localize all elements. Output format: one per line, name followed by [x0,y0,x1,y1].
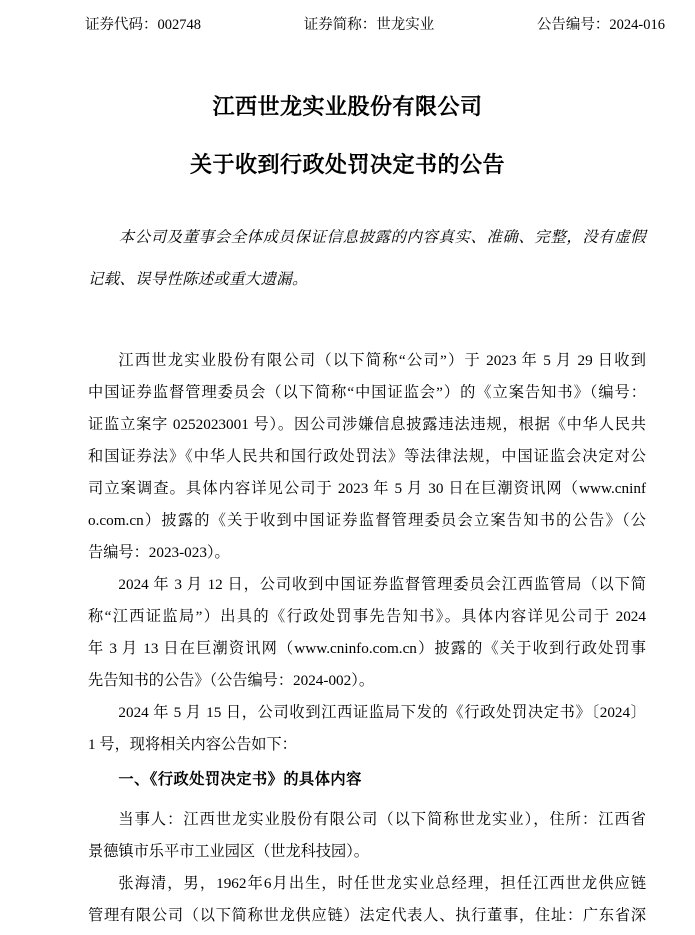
text-line: 称“江西证监局”）出具的《行政处罚事先告知书》。具体内容详见公司于 2024 [88,601,646,633]
text-line: 司立案调查。具体内容详见公司于 2023 年 5 月 30 日在巨潮资讯网（ww… [88,473,646,505]
stock-name: 证券简称：世龙实业 [304,12,435,38]
disclaimer: 本公司及董事会全体成员保证信息披露的内容真实、准确、完整，没有虚假 记载、误导性… [88,217,646,301]
text-line: 年 3 月 13 日在巨潮资讯网（www.cninfo.com.cn）披露的《关… [88,633,646,665]
text-line: 和国证券法》《中华人民共和国行政处罚法》等法律法规，中国证监会决定对公 [88,441,646,473]
document-title: 江西世龙实业股份有限公司 关于收到行政处罚决定书的公告 [0,78,695,194]
text-line: 江西世龙实业股份有限公司（以下简称“公司”）于 2023 年 5 月 29 日收… [88,345,646,377]
text-line: 管理有限公司（以下简称世龙供应链）法定代表人、执行董事，住址：广东省深 [88,900,646,932]
text-line: 当事人：江西世龙实业股份有限公司（以下简称世龙实业），住所：江西省 [88,804,646,836]
text-line: 先告知书的公告》（公告编号：2024-002）。 [88,665,646,697]
text-line: 2024 年 3 月 12 日，公司收到中国证券监督管理委员会江西监管局（以下简 [88,569,646,601]
document-body: 江西世龙实业股份有限公司（以下简称“公司”）于 2023 年 5 月 29 日收… [88,345,646,932]
document-header: 证券代码：002748 证券简称：世龙实业 公告编号：2024-016 [85,12,665,38]
title-announcement-subject: 关于收到行政处罚决定书的公告 [0,136,695,194]
paragraph: 当事人：江西世龙实业股份有限公司（以下简称世龙实业），住所：江西省景德镇市乐平市… [88,804,646,868]
text-line: 张海清，男，1962年6月出生，时任世龙实业总经理，担任江西世龙供应链 [88,868,646,900]
disclaimer-line: 记载、误导性陈述或重大遗漏。 [88,259,646,301]
text-line: 1 号，现将相关内容公告如下： [88,729,646,761]
text-line: 告编号：2023-023）。 [88,537,646,569]
paragraph: 张海清，男，1962年6月出生，时任世龙实业总经理，担任江西世龙供应链管理有限公… [88,868,646,932]
paragraph: 江西世龙实业股份有限公司（以下简称“公司”）于 2023 年 5 月 29 日收… [88,345,646,569]
text-line: 景德镇市乐平市工业园区（世龙科技园）。 [88,836,646,868]
text-line: 证监立案字 0252023001 号）。因公司涉嫌信息披露违法违规，根据《中华人… [88,409,646,441]
text-line: 2024 年 5 月 15 日，公司收到江西证监局下发的《行政处罚决定书》〔20… [88,697,646,729]
announcement-number: 公告编号：2024-016 [537,12,665,38]
title-company-name: 江西世龙实业股份有限公司 [0,78,695,136]
text-line: 一、《行政处罚决定书》的具体内容 [88,764,646,796]
paragraph: 2024 年 5 月 15 日，公司收到江西证监局下发的《行政处罚决定书》〔20… [88,697,646,761]
text-line: o.com.cn）披露的《关于收到中国证券监督管理委员会立案告知书的公告》（公 [88,505,646,537]
document-page: 证券代码：002748 证券简称：世龙实业 公告编号：2024-016 江西世龙… [0,0,695,935]
stock-code: 证券代码：002748 [85,12,201,38]
paragraph: 2024 年 3 月 12 日，公司收到中国证券监督管理委员会江西监管局（以下简… [88,569,646,697]
section-heading: 一、《行政处罚决定书》的具体内容 [88,764,646,796]
text-line: 中国证券监督管理委员会（以下简称“中国证监会”）的《立案告知书》（编号： [88,377,646,409]
disclaimer-line: 本公司及董事会全体成员保证信息披露的内容真实、准确、完整，没有虚假 [88,217,646,259]
